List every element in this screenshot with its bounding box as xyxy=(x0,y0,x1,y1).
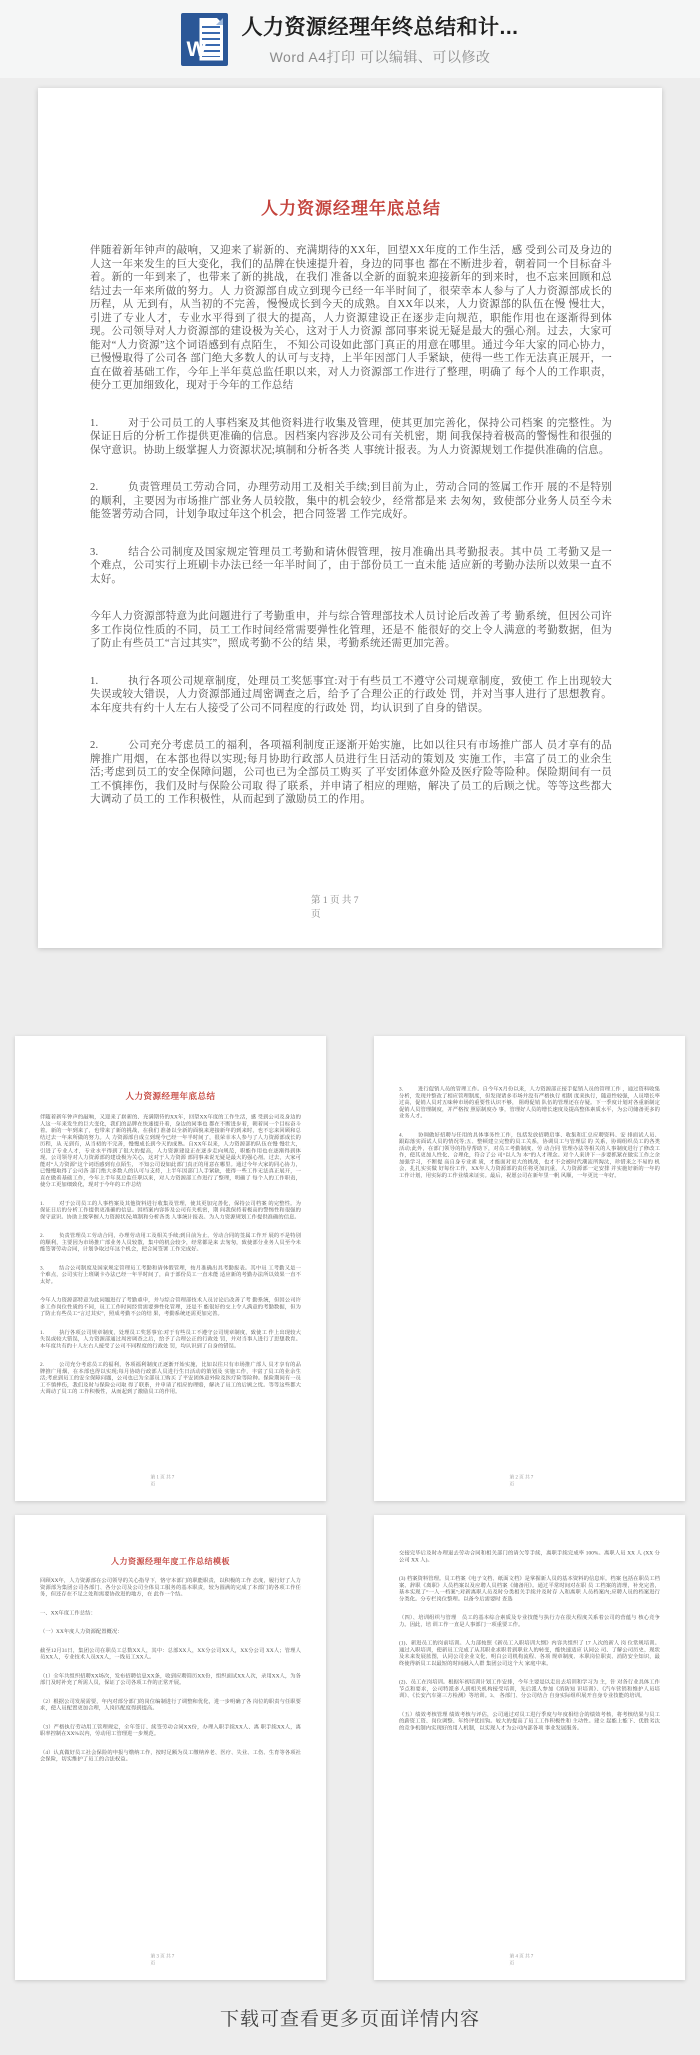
doc-page-body: 3.进行促销人员的管理工作。自今年X月份以来，人力资源部正接手促销人员的管理工作… xyxy=(399,1086,660,1191)
doc-paragraph: 1.对于公司员工的人事档案及其他资料进行收集及管理，使其更加完善化，保持公司档案… xyxy=(40,1200,301,1220)
thumbnail-page: 3.进行促销人员的管理工作。自今年X月份以来，人力资源部正接手促销人员的管理工作… xyxy=(374,1036,685,1501)
page-footer-line: 第 4 页 共 7 xyxy=(510,1953,550,1960)
doc-paragraph: 3.结合公司制度及国家规定管理员工考勤和请休假管理，按月准确出具考勤报表。其中员… xyxy=(90,546,612,587)
paragraph-text: 负责管理员工劳动合同，办理劳动用工及相关手续;到目前为止，劳动合同的签属工作开 … xyxy=(40,1233,301,1252)
page-footer-line: 第 1 页 共 7 xyxy=(151,1474,191,1481)
doc-paragraph: 伴随着新年钟声的敲响，又迎来了崭新的、充满期待的XX年，回望XX年度的工作生活，… xyxy=(90,244,612,393)
paragraph-text: 结合公司制度及国家规定管理员工考勤和请休假管理，按月准确出具考勤报表。其中员 工… xyxy=(40,1265,301,1284)
document-title: 人力资源经理年终总结和计... xyxy=(241,11,518,41)
doc-paragraph: 今年人力资源部特意为此问题进行了考勤重申，并与综合管理部技术人员讨论后改善了考 … xyxy=(90,610,612,651)
paragraph-text: (2)、员工在岗培训。根据年初培训计划工作安排，今年主要是以走出去培训和学习为 … xyxy=(399,1680,660,1699)
paragraph-text: 截至12月31日，集团公司在职员工总数XX人，其中：总部XX人，XX分公司XX人… xyxy=(40,1648,301,1660)
paragraph-text: （四）、培训组织与管理 员工的基本综合素质及专业技能与执行力在很大程度关系着公司… xyxy=(399,1615,660,1627)
paragraph-number: 3. xyxy=(90,546,128,560)
page-number-footer: 第 1 页 共 7 页 xyxy=(311,894,391,922)
page-number-footer: 第 2 页 共 7 页 xyxy=(510,1474,550,1488)
paragraph-text: 回顾XX年，人力资源部在公司领导的关心指导下，恪守本部门的职能职责，以积极的工作… xyxy=(40,1578,301,1597)
page-footer-line: 页 xyxy=(151,1481,191,1488)
doc-paragraph: 伴随着新年钟声的敲响，又迎来了崭新的、充满期待的XX年，回望XX年度的工作生活，… xyxy=(40,1114,301,1188)
doc-paragraph: 1.对于公司员工的人事档案及其他资料进行收集及管理，使其更加完善化，保持公司档案… xyxy=(90,417,612,458)
page-thumbnail-2[interactable]: 3.进行促销人员的管理工作。自今年X月份以来，人力资源部正接手促销人员的管理工作… xyxy=(374,1036,685,1501)
doc-page-body: 伴随着新年钟声的敲响，又迎来了崭新的、充满期待的XX年，回望XX年度的工作生活，… xyxy=(90,244,612,831)
paragraph-text: （4）认真做好员工社会保险的申报与缴纳工作，按时足额为员工缴纳养老、医疗、失业、… xyxy=(40,1750,301,1762)
document-subtitle: Word A4打印 可以编辑、可以修改 xyxy=(241,47,518,67)
doc-page-body: 交接完毕后及时办理退去劳动合同和相关部门的请欠等手续，离职手续完成率 100%。… xyxy=(399,1550,660,1744)
doc-paragraph: （1）全年共组织招聘XX场次，发布招聘信息XX条，收到应聘简历XX份，组织面试X… xyxy=(40,1673,301,1687)
paragraph-text: （五）绩效考核管理 绩效考核与评估，公司通过对员工进行季度与年度相结合的绩效考核… xyxy=(399,1712,660,1731)
thumbnail-page: 交接完毕后及时办理退去劳动合同和相关部门的请欠等手续，离职手续完成率 100%。… xyxy=(374,1515,685,1980)
page-footer-line: 页 xyxy=(510,1960,550,1967)
document-page-1-preview: 人力资源经理年底总结 伴随着新年钟声的敲响，又迎来了崭新的、充满期待的XX年，回… xyxy=(38,88,662,948)
header: W 人力资源经理年终总结和计... Word A4打印 可以编辑、可以修改 xyxy=(0,0,700,78)
doc-paragraph: 1.执行各项公司规章制度，处理员工奖惩事宜:对于有些员工不遵守公司规章制度，致使… xyxy=(40,1329,301,1349)
page-footer-line: 页 xyxy=(510,1481,550,1488)
paragraph-number: 1. xyxy=(40,1200,59,1207)
paragraph-text: （2）根据公司发展需要，年内对部分部门的岗位编制进行了调整和优化，进一步明确了各… xyxy=(40,1699,301,1711)
doc-paragraph: 2.负责管理员工劳动合同，办理劳动用工及相关手续;到目前为止，劳动合同的签属工作… xyxy=(90,481,612,522)
paragraph-text: 公司充分考虑员工的福利，各项福利制度正逐渐开始实施，比如以往只有市场推广部人 员… xyxy=(90,740,612,805)
paragraph-number: 2. xyxy=(90,481,128,495)
paragraph-text: 今年人力资源部特意为此问题进行了考勤重申，并与综合管理部技术人员讨论后改善了考 … xyxy=(90,611,612,649)
page-footer-line: 第 1 页 共 7 xyxy=(311,894,391,908)
page: { "header": { "icon_letter": "W", "title… xyxy=(0,0,700,2055)
paragraph-text: （3）严格执行劳动用工管理规定，全年签订、续签劳动合同XX份，办理入职手续XX人… xyxy=(40,1724,301,1736)
page-thumbnail-3[interactable]: 人力资源经理年度工作总结模板 回顾XX年，人力资源部在公司领导的关心指导下，恪守… xyxy=(15,1515,326,1980)
paragraph-text: （一）XX年度人力资源配置概况： xyxy=(40,1629,123,1635)
paragraph-text: 执行各项公司规章制度，处理员工奖惩事宜:对于有些员工不遵守公司规章制度，致使工 … xyxy=(90,676,612,714)
paragraph-number: 3. xyxy=(40,1265,59,1272)
doc-page-title: 人力资源经理年底总结 xyxy=(90,194,612,219)
thumbnail-grid: 人力资源经理年底总结 伴随着新年钟声的敲响，又迎来了崭新的、充满期待的XX年，回… xyxy=(15,1036,685,1980)
doc-paragraph: （一）XX年度人力资源配置概况： xyxy=(40,1629,301,1636)
paragraph-text: 对于公司员工的人事档案及其他资料进行收集及管理，使其更加完善化，保持公司档案 的… xyxy=(90,418,612,456)
paragraph-number: 4. xyxy=(399,1132,418,1139)
doc-paragraph: 交接完毕后及时办理退去劳动合同和相关部门的请欠等手续，离职手续完成率 100%。… xyxy=(399,1550,660,1564)
page-footer-line: 第 3 页 共 7 xyxy=(151,1953,191,1960)
paragraph-text: 执行各项公司规章制度，处理员工奖惩事宜:对于有些员工不遵守公司规章制度，致使工 … xyxy=(40,1330,301,1349)
paragraph-text: 对于公司员工的人事档案及其他资料进行收集及管理，使其更加完善化，保持公司档案 的… xyxy=(40,1201,301,1220)
doc-paragraph: 一、XX年度工作总结： xyxy=(40,1610,301,1617)
page-number-footer: 第 1 页 共 7 页 xyxy=(151,1474,191,1488)
paragraph-text: 进行促销人员的管理工作。自今年X月份以来，人力资源部正接手促销人员的管理工作 ，… xyxy=(399,1087,660,1120)
paragraph-text: 结合公司制度及国家规定管理员工考勤和请休假管理，按月准确出具考勤报表。其中员 工… xyxy=(90,547,612,585)
doc-paragraph: (1)、新进员工的岗前培训。人力部按照《新员工入职培训大纲》内容共组织了 17 … xyxy=(399,1640,660,1667)
download-more-note: 下载可查看更多页面详情内容 xyxy=(0,2004,700,2055)
paragraph-text: 协调做好招聘与任用的具体事务性工作，包括发放招聘启事、收集和汇总应聘资料、安 排… xyxy=(399,1132,660,1178)
paragraph-number: 1. xyxy=(90,417,128,431)
paragraph-text: 伴随着新年钟声的敲响，又迎来了崭新的、充满期待的XX年，回望XX年度的工作生活，… xyxy=(90,245,612,391)
doc-paragraph: (3) 档案资料管理。员工档案《电子文档、纸面文档》是掌握新人员的基本资料的信息… xyxy=(399,1576,660,1603)
doc-page-body: 伴随着新年钟声的敲响，又迎来了崭新的、充满期待的XX年，回望XX年度的工作生活，… xyxy=(40,1114,301,1407)
doc-paragraph: 2.公司充分考虑员工的福利，各项福利制度正逐渐开始实施，比如以往只有市场推广部人… xyxy=(40,1362,301,1396)
paragraph-text: 一、XX年度工作总结： xyxy=(40,1610,96,1616)
doc-paragraph: （2）根据公司发展需要，年内对部分部门的岗位编制进行了调整和优化，进一步明确了各… xyxy=(40,1698,301,1712)
doc-paragraph: (2)、员工在岗培训。根据年初培训计划工作安排，今年主要是以走出去培训和学习为 … xyxy=(399,1679,660,1699)
page-thumbnail-4[interactable]: 交接完毕后及时办理退去劳动合同和相关部门的请欠等手续，离职手续完成率 100%。… xyxy=(374,1515,685,1980)
doc-paragraph: 3.进行促销人员的管理工作。自今年X月份以来，人力资源部正接手促销人员的管理工作… xyxy=(399,1086,660,1120)
paragraph-number: 1. xyxy=(40,1329,59,1336)
paragraph-text: 今年人力资源部特意为此问题进行了考勤重申，并与综合管理部技术人员讨论后改善了考 … xyxy=(40,1298,301,1317)
paragraph-text: 负责管理员工劳动合同，办理劳动用工及相关手续;到目前为止，劳动合同的签属工作开 … xyxy=(90,482,612,520)
doc-paragraph: 2.公司充分考虑员工的福利，各项福利制度正逐渐开始实施，比如以往只有市场推广部人… xyxy=(90,739,612,807)
header-text: 人力资源经理年终总结和计... Word A4打印 可以编辑、可以修改 xyxy=(241,11,518,67)
paragraph-text: （1）全年共组织招聘XX场次，发布招聘信息XX条，收到应聘简历XX份，组织面试X… xyxy=(40,1673,301,1685)
paragraph-number: 1. xyxy=(90,675,128,689)
paragraph-text: (3) 档案资料管理。员工档案《电子文档、纸面文档》是掌握新人员的基本资料的信息… xyxy=(399,1576,660,1602)
paragraph-number: 2. xyxy=(40,1233,59,1240)
paragraph-text: (1)、新进员工的岗前培训。人力部按照《新员工入职培训大纲》内容共组织了 17 … xyxy=(399,1641,660,1667)
doc-paragraph: 回顾XX年，人力资源部在公司领导的关心指导下，恪守本部门的职能职责，以积极的工作… xyxy=(40,1578,301,1598)
paragraph-number: 2. xyxy=(40,1362,59,1369)
paragraph-number: 3. xyxy=(399,1086,418,1093)
thumbnail-page: 人力资源经理年度工作总结模板 回顾XX年，人力资源部在公司领导的关心指导下，恪守… xyxy=(15,1515,326,1980)
thumbnail-page: 人力资源经理年底总结 伴随着新年钟声的敲响，又迎来了崭新的、充满期待的XX年，回… xyxy=(15,1036,326,1501)
doc-paragraph: （4）认真做好员工社会保险的申报与缴纳工作，按时足额为员工缴纳养老、医疗、失业、… xyxy=(40,1749,301,1763)
paragraph-text: 伴随着新年钟声的敲响，又迎来了崭新的、充满期待的XX年，回望XX年度的工作生活，… xyxy=(40,1115,301,1188)
doc-paragraph: 3.结合公司制度及国家规定管理员工考勤和请休假管理，按月准确出具考勤报表。其中员… xyxy=(40,1265,301,1285)
doc-paragraph: 4.协调做好招聘与任用的具体事务性工作，包括发放招聘启事、收集和汇总应聘资料、安… xyxy=(399,1132,660,1179)
page-footer-line: 页 xyxy=(311,908,391,922)
page-number-footer: 第 3 页 共 7 页 xyxy=(151,1953,191,1967)
doc-paragraph: （五）绩效考核管理 绩效考核与评估，公司通过对员工进行季度与年度相结合的绩效考核… xyxy=(399,1711,660,1731)
preview-area: 人力资源经理年底总结 伴随着新年钟声的敲响，又迎来了崭新的、充满期待的XX年，回… xyxy=(0,78,700,2055)
doc-page-title: 人力资源经理年底总结 xyxy=(40,1089,301,1102)
doc-page-title: 人力资源经理年度工作总结模板 xyxy=(40,1555,301,1567)
doc-paragraph: 1.执行各项公司规章制度，处理员工奖惩事宜:对于有些员工不遵守公司规章制度，致使… xyxy=(90,675,612,716)
page-number-footer: 第 4 页 共 7 页 xyxy=(510,1953,550,1967)
doc-paragraph: 截至12月31日，集团公司在职员工总数XX人，其中：总部XX人，XX分公司XX人… xyxy=(40,1647,301,1661)
doc-page-body: 回顾XX年，人力资源部在公司领导的关心指导下，恪守本部门的职能职责，以积极的工作… xyxy=(40,1578,301,1775)
word-file-icon: W xyxy=(181,13,228,66)
paragraph-text: 交接完毕后及时办理退去劳动合同和相关部门的请欠等手续，离职手续完成率 100%。… xyxy=(399,1551,660,1563)
paragraph-text: 公司充分考虑员工的福利，各项福利制度正逐渐开始实施，比如以往只有市场推广部人 员… xyxy=(40,1362,301,1395)
page-footer-line: 页 xyxy=(151,1960,191,1967)
doc-paragraph: （四）、培训组织与管理 员工的基本综合素质及专业技能与执行力在很大程度关系着公司… xyxy=(399,1615,660,1629)
doc-paragraph: 2.负责管理员工劳动合同，办理劳动用工及相关手续;到目前为止，劳动合同的签属工作… xyxy=(40,1233,301,1253)
word-icon-letter: W xyxy=(186,39,206,60)
doc-paragraph: （3）严格执行劳动用工管理规定，全年签订、续签劳动合同XX份，办理入职手续XX人… xyxy=(40,1724,301,1738)
paragraph-number: 2. xyxy=(90,739,128,753)
page-thumbnail-1[interactable]: 人力资源经理年底总结 伴随着新年钟声的敲响，又迎来了崭新的、充满期待的XX年，回… xyxy=(15,1036,326,1501)
doc-paragraph: 今年人力资源部特意为此问题进行了考勤重申，并与综合管理部技术人员讨论后改善了考 … xyxy=(40,1297,301,1317)
page-footer-line: 第 2 页 共 7 xyxy=(510,1474,550,1481)
word-icon-fold xyxy=(216,18,223,25)
